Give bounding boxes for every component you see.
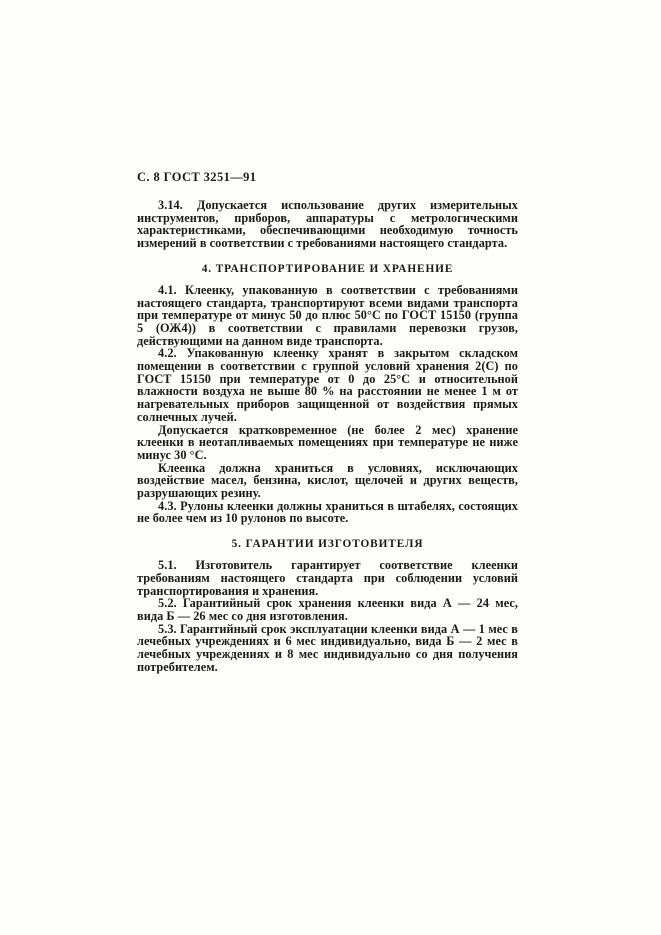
paragraph-5-3: 5.3. Гарантийный срок эксплуатации клеен… (137, 623, 518, 674)
paragraph-4-3: 4.3. Рулоны клеенки должны храниться в ш… (137, 500, 518, 525)
document-page: С. 8 ГОСТ 3251—91 3.14. Допускается испо… (0, 0, 661, 935)
paragraph-4-1: 4.1. Клеенку, упакованную в соответствии… (137, 284, 518, 348)
paragraph-4-2: 4.2. Упакованную клеенку хранят в закрыт… (137, 347, 518, 423)
paragraph-4-2-note-storage: Допускается кратковременное (не более 2 … (137, 424, 518, 462)
text-column: С. 8 ГОСТ 3251—91 3.14. Допускается испо… (137, 171, 518, 674)
paragraph-4-2-note-conditions: Клеенка должна храниться в условиях, иск… (137, 462, 518, 500)
paragraph-5-1: 5.1. Изготовитель гарантирует соответств… (137, 559, 518, 597)
section-4-heading: 4. ТРАНСПОРТИРОВАНИЕ И ХРАНЕНИЕ (137, 263, 518, 275)
paragraph-5-2: 5.2. Гарантийный срок хранения клеенки в… (137, 597, 518, 622)
section-5-heading: 5. ГАРАНТИИ ИЗГОТОВИТЕЛЯ (137, 538, 518, 550)
running-header-page-number: С. 8 ГОСТ 3251—91 (137, 171, 518, 184)
paragraph-3-14: 3.14. Допускается использование других и… (137, 199, 518, 250)
